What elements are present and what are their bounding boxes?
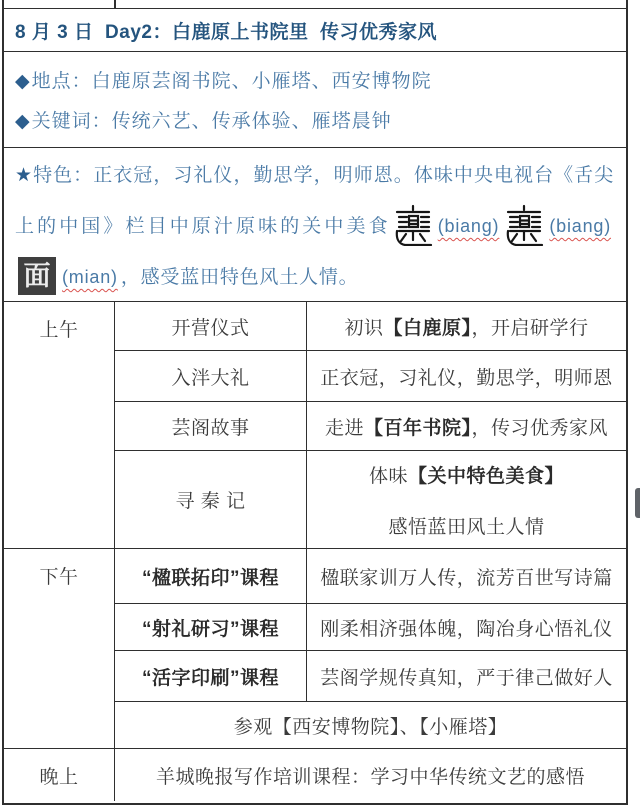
star-bullet-icon: ★ xyxy=(15,165,33,186)
activity-cell: 入泮大礼 xyxy=(115,351,307,402)
scrollbar-thumb[interactable] xyxy=(635,488,640,518)
description-text: 正衣冠，习礼仪，勤思学，明师恩 xyxy=(320,363,613,390)
activity-label: 入泮大礼 xyxy=(171,363,249,390)
description-cell: 走进【百年书院】，传习优秀家风 xyxy=(307,402,626,451)
activity-label: 寻 秦 记 xyxy=(175,486,245,513)
visit-text: 参观【西安博物院】、【小雁塔】 xyxy=(234,712,508,739)
itinerary-table: 8 月 3 日 Day2：白鹿原上书院里 传习优秀家风 ◆地点：白鹿原芸阁书院、… xyxy=(2,0,628,805)
activity-cell: “活字印刷”课程 xyxy=(115,651,307,702)
mian-character-image: 面 xyxy=(18,257,56,295)
schedule-grid: 上午 开营仪式 初识【白鹿原】，开启研学行 入泮大礼 正衣冠，习礼仪，勤思学，明… xyxy=(4,301,626,801)
description-line2: 感悟蓝田风土人情 xyxy=(388,512,544,539)
period-cell-morning: 上午 xyxy=(4,302,115,549)
period-cell-afternoon: 下午 xyxy=(4,549,115,749)
activity-cell: “射礼研习”课程 xyxy=(115,604,307,651)
description-line1: 体味【关中特色美食】 xyxy=(369,461,564,488)
description-text: 芸阁学规传真知，严于律己做好人 xyxy=(320,663,613,690)
keywords-line: ◆关键词：传统六艺、传承体验、雁塔晨钟 xyxy=(15,102,614,142)
biang-character-image xyxy=(504,204,544,246)
description-cell: 楹联家训万人传，流芳百世写诗篇 xyxy=(307,549,626,604)
activity-cell: 寻 秦 记 xyxy=(115,451,307,549)
mian-pinyin-label: (mian) xyxy=(62,267,118,287)
desc-regular: ，开启研学行 xyxy=(472,318,589,339)
description-cell: 芸阁学规传真知，严于律己做好人 xyxy=(307,651,626,702)
activity-cell: 芸阁故事 xyxy=(115,402,307,451)
biang-character-image xyxy=(393,204,433,246)
biang-pinyin-label: (biang) xyxy=(549,216,611,236)
itinerary-document-page: 8 月 3 日 Day2：白鹿原上书院里 传习优秀家风 ◆地点：白鹿原芸阁书院、… xyxy=(0,0,640,807)
description-text: 走进【百年书院】，传习优秀家风 xyxy=(325,413,608,440)
period-cell-evening: 晚上 xyxy=(4,749,115,801)
period-label: 下午 xyxy=(39,562,78,589)
activity-cell: “楹联拓印”课程 xyxy=(115,549,307,604)
desc-bold: 【关中特色美食】 xyxy=(408,466,564,487)
location-line: ◆地点：白鹿原芸阁书院、小雁塔、西安博物院 xyxy=(15,62,614,102)
desc-bold: 【白鹿原】 xyxy=(383,318,471,339)
location-text: 地点：白鹿原芸阁书院、小雁塔、西安博物院 xyxy=(32,71,432,92)
activity-label: “楹联拓印”课程 xyxy=(142,563,279,590)
description-cell: 初识【白鹿原】，开启研学行 xyxy=(307,302,626,351)
previous-row-sliver xyxy=(4,0,626,9)
description-text: 羊城晚报写作培训课程：学习中华传统文艺的感悟 xyxy=(156,762,585,789)
description-cell: 正衣冠，习礼仪，勤思学，明师恩 xyxy=(307,351,626,402)
activity-cell: 开营仪式 xyxy=(115,302,307,351)
visit-cell: 参观【西安博物院】、【小雁塔】 xyxy=(115,702,626,749)
diamond-bullet-icon: ◆ xyxy=(15,111,31,132)
meta-info-cell: ◆地点：白鹿原芸阁书院、小雁塔、西安博物院 ◆关键词：传统六艺、传承体验、雁塔晨… xyxy=(4,52,626,148)
desc-regular: 体味 xyxy=(369,466,408,487)
keywords-text: 关键词：传统六艺、传承体验、雁塔晨钟 xyxy=(32,111,392,132)
feature-text-after: ，感受蓝田特色风土人情。 xyxy=(121,267,359,288)
activity-label: 开营仪式 xyxy=(171,313,249,340)
activity-label: “射礼研习”课程 xyxy=(142,614,279,641)
description-cell: 体味【关中特色美食】 感悟蓝田风土人情 xyxy=(307,451,626,549)
period-label: 晚上 xyxy=(39,762,78,789)
feature-paragraph: ★特色：正衣冠，习礼仪，勤思学，明师恩。体味中央电视台《舌尖上的中国》栏目中原汁… xyxy=(4,148,626,301)
evening-course-cell: 羊城晚报写作培训课程：学习中华传统文艺的感悟 xyxy=(115,749,626,801)
description-text: 楹联家训万人传，流芳百世写诗篇 xyxy=(320,563,613,590)
description-cell: 刚柔相济强体魄，陶冶身心悟礼仪 xyxy=(307,604,626,651)
column-divider xyxy=(114,0,116,8)
day-title-row: 8 月 3 日 Day2：白鹿原上书院里 传习优秀家风 xyxy=(4,9,626,52)
day-title: 8 月 3 日 Day2：白鹿原上书院里 传习优秀家风 xyxy=(15,17,437,44)
description-text: 刚柔相济强体魄，陶冶身心悟礼仪 xyxy=(320,614,613,641)
period-label: 上午 xyxy=(39,315,78,342)
desc-bold: 【百年书院】 xyxy=(364,418,472,439)
desc-regular: 初识 xyxy=(344,318,383,339)
desc-regular: 走进 xyxy=(325,418,364,439)
desc-regular: ，传习优秀家风 xyxy=(472,418,609,439)
activity-label: 芸阁故事 xyxy=(171,413,249,440)
activity-label: “活字印刷”课程 xyxy=(142,663,279,690)
biang-pinyin-label: (biang) xyxy=(438,216,500,236)
diamond-bullet-icon: ◆ xyxy=(15,71,31,92)
description-text: 初识【白鹿原】，开启研学行 xyxy=(344,313,588,340)
